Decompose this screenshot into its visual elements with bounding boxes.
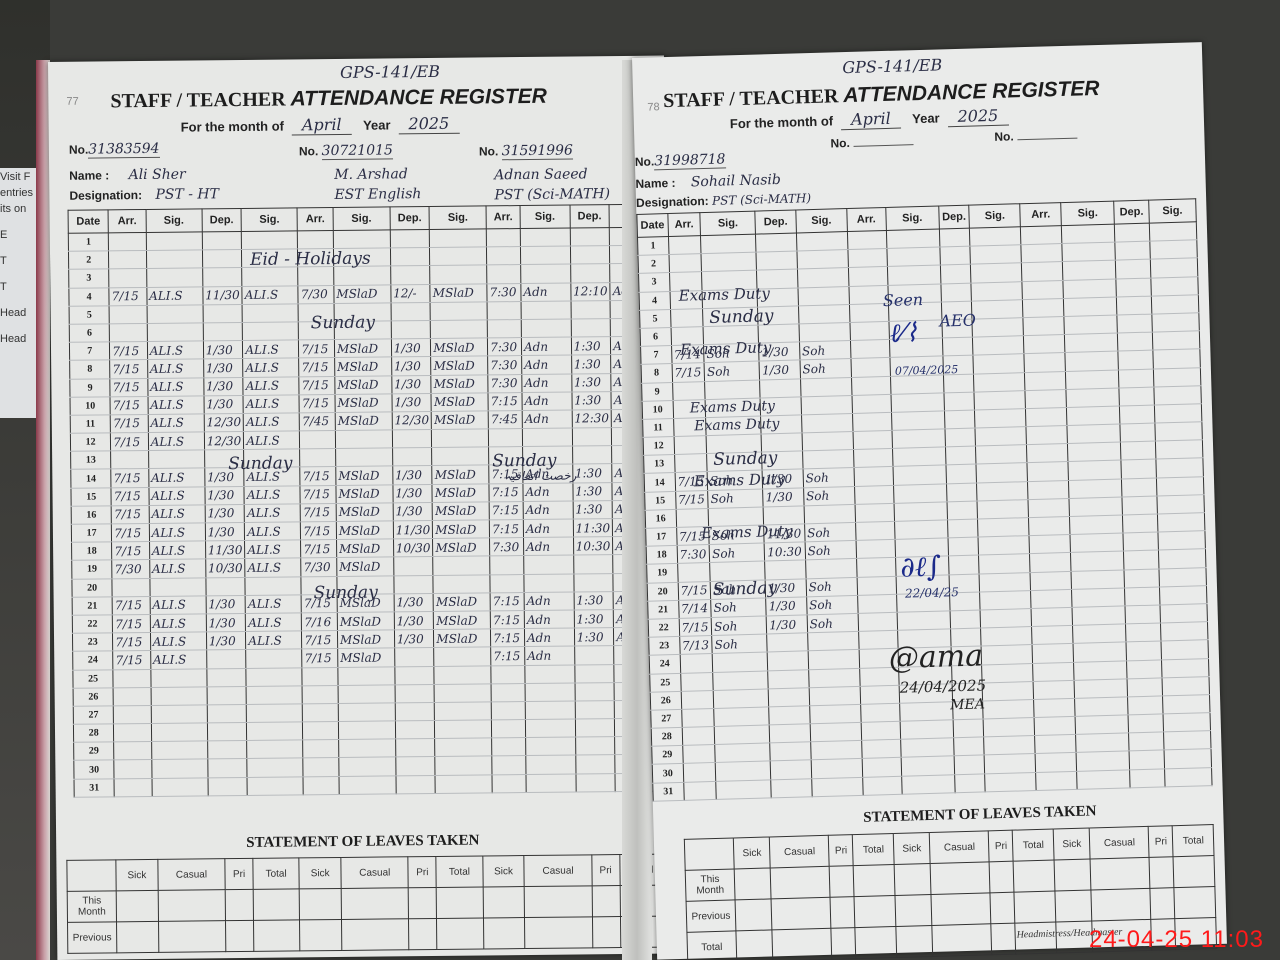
- entry-cell[interactable]: [146, 232, 202, 251]
- entry-cell[interactable]: ALI.S: [148, 414, 204, 433]
- entry-cell[interactable]: [1074, 679, 1128, 699]
- entry-cell[interactable]: [432, 429, 489, 448]
- entry-cell[interactable]: ALI.S: [149, 523, 205, 542]
- entry-cell[interactable]: 1:30: [574, 591, 614, 610]
- entry-cell[interactable]: [854, 467, 893, 486]
- entry-cell[interactable]: [861, 721, 900, 740]
- leave-cell[interactable]: [854, 864, 895, 896]
- entry-cell[interactable]: [983, 699, 1035, 719]
- entry-cell[interactable]: [682, 745, 715, 764]
- entry-cell[interactable]: [981, 645, 1033, 665]
- entry-cell[interactable]: MSlaD: [431, 338, 488, 357]
- entry-cell[interactable]: [151, 668, 207, 687]
- entry-cell[interactable]: [942, 337, 973, 356]
- entry-cell[interactable]: [860, 685, 899, 704]
- entry-cell[interactable]: [674, 436, 707, 455]
- entry-cell[interactable]: [984, 736, 1036, 756]
- entry-cell[interactable]: 7:30: [487, 283, 521, 302]
- entry-cell[interactable]: MSlaD: [431, 393, 488, 412]
- leave-cell[interactable]: [855, 926, 896, 958]
- entry-cell[interactable]: [575, 737, 615, 756]
- entry-cell[interactable]: MSlaD: [432, 411, 489, 430]
- entry-cell[interactable]: 1/30: [206, 613, 246, 632]
- entry-cell[interactable]: [1073, 624, 1127, 644]
- entry-cell[interactable]: 11/30: [203, 286, 243, 305]
- entry-cell[interactable]: [973, 354, 1025, 374]
- entry-cell[interactable]: [1074, 660, 1128, 680]
- entry-cell[interactable]: [390, 248, 430, 267]
- entry-cell[interactable]: [1064, 297, 1118, 317]
- entry-cell[interactable]: [486, 229, 520, 248]
- entry-cell[interactable]: [1023, 298, 1064, 317]
- entry-cell[interactable]: [339, 757, 396, 776]
- entry-cell[interactable]: [804, 504, 856, 524]
- entry-cell[interactable]: [520, 228, 570, 247]
- entry-cell[interactable]: [151, 759, 207, 778]
- entry-cell[interactable]: [1021, 226, 1062, 245]
- entry-cell[interactable]: [800, 377, 852, 397]
- entry-cell[interactable]: [811, 759, 863, 779]
- entry-cell[interactable]: [1029, 516, 1070, 535]
- entry-cell[interactable]: [338, 666, 395, 685]
- entry-cell[interactable]: ALI.S: [147, 359, 203, 378]
- entry-cell[interactable]: [1023, 316, 1064, 335]
- leave-cell[interactable]: [829, 866, 854, 898]
- leave-cell[interactable]: [1014, 860, 1055, 892]
- entry-cell[interactable]: [715, 743, 771, 763]
- entry-cell[interactable]: [976, 445, 1028, 465]
- leave-cell[interactable]: [772, 928, 832, 960]
- entry-cell[interactable]: [768, 651, 809, 670]
- entry-cell[interactable]: 7:15: [491, 647, 525, 666]
- entry-cell[interactable]: [672, 381, 705, 400]
- entry-cell[interactable]: [945, 428, 976, 447]
- entry-cell[interactable]: Soh: [807, 613, 859, 633]
- entry-cell[interactable]: [152, 777, 208, 796]
- entry-cell[interactable]: [705, 380, 761, 400]
- entry-cell[interactable]: [972, 318, 1024, 338]
- entry-cell[interactable]: 1/30: [393, 484, 433, 503]
- leave-cell[interactable]: [931, 893, 991, 926]
- entry-cell[interactable]: [954, 774, 985, 793]
- entry-cell[interactable]: MSlaD: [335, 375, 392, 394]
- entry-cell[interactable]: Adn: [521, 283, 571, 302]
- entry-cell[interactable]: MSlaD: [335, 357, 392, 376]
- entry-cell[interactable]: [487, 265, 521, 284]
- entry-cell[interactable]: [203, 304, 243, 323]
- entry-cell[interactable]: [855, 503, 894, 522]
- entry-cell[interactable]: 1:30: [574, 610, 614, 629]
- entry-cell[interactable]: [856, 540, 895, 559]
- entry-cell[interactable]: [526, 774, 576, 793]
- entry-cell[interactable]: [809, 686, 861, 706]
- entry-cell[interactable]: 7/15: [109, 287, 147, 306]
- entry-cell[interactable]: [1070, 515, 1124, 535]
- entry-cell[interactable]: [1031, 607, 1072, 626]
- entry-cell[interactable]: [701, 234, 757, 254]
- entry-cell[interactable]: Adn: [524, 610, 574, 629]
- entry-cell[interactable]: ALI.S: [149, 559, 205, 578]
- entry-cell[interactable]: [712, 652, 768, 672]
- entry-cell[interactable]: [799, 322, 851, 342]
- entry-cell[interactable]: [1024, 335, 1065, 354]
- entry-cell[interactable]: [524, 574, 574, 593]
- entry-cell[interactable]: [525, 719, 575, 738]
- entry-cell[interactable]: [1021, 244, 1062, 263]
- entry-cell[interactable]: [114, 778, 152, 797]
- entry-cell[interactable]: [1123, 532, 1158, 551]
- entry-cell[interactable]: [940, 246, 971, 265]
- entry-cell[interactable]: [303, 722, 339, 741]
- entry-cell[interactable]: [1022, 262, 1063, 281]
- entry-cell[interactable]: [146, 268, 202, 287]
- entry-cell[interactable]: 7:15: [490, 592, 524, 611]
- entry-cell[interactable]: 7/15: [301, 522, 337, 541]
- leave-cell[interactable]: [436, 887, 483, 918]
- entry-cell[interactable]: [953, 719, 984, 738]
- entry-cell[interactable]: ALI.S: [150, 614, 206, 633]
- leave-cell[interactable]: [1054, 859, 1091, 891]
- entry-cell[interactable]: [435, 738, 492, 757]
- entry-cell[interactable]: [335, 430, 392, 449]
- entry-cell[interactable]: 1:30: [574, 628, 614, 647]
- entry-cell[interactable]: Soh: [708, 489, 764, 509]
- entry-cell[interactable]: 7:45: [488, 410, 522, 429]
- year-value[interactable]: 2025: [947, 106, 1008, 128]
- entry-cell[interactable]: 7:15: [491, 629, 525, 648]
- entry-cell[interactable]: [976, 463, 1028, 483]
- entry-cell[interactable]: Soh: [804, 522, 856, 542]
- entry-cell[interactable]: 12/30: [204, 413, 244, 432]
- entry-cell[interactable]: [574, 646, 614, 665]
- entry-cell[interactable]: [433, 556, 490, 575]
- entry-cell[interactable]: 7:30: [488, 356, 522, 375]
- entry-cell[interactable]: [1155, 422, 1203, 441]
- entry-cell[interactable]: [109, 269, 147, 288]
- entry-cell[interactable]: Adn: [521, 337, 571, 356]
- entry-cell[interactable]: [1030, 553, 1071, 572]
- entry-cell[interactable]: 1/30: [763, 488, 804, 507]
- entry-cell[interactable]: [492, 756, 526, 775]
- entry-cell[interactable]: MSlaD: [434, 611, 491, 630]
- entry-cell[interactable]: 7/15: [299, 394, 335, 413]
- entry-cell[interactable]: [668, 236, 701, 255]
- leave-cell[interactable]: [253, 889, 300, 920]
- entry-cell[interactable]: [856, 558, 895, 577]
- entry-cell[interactable]: [395, 684, 435, 703]
- entry-cell[interactable]: [395, 721, 435, 740]
- entry-cell[interactable]: [487, 319, 521, 338]
- entry-cell[interactable]: [1034, 698, 1075, 717]
- entry-cell[interactable]: [575, 682, 615, 701]
- entry-cell[interactable]: [525, 701, 575, 720]
- entry-cell[interactable]: [1032, 644, 1073, 663]
- entry-cell[interactable]: [847, 230, 886, 249]
- entry-cell[interactable]: [768, 669, 809, 688]
- entry-cell[interactable]: ALI.S: [148, 432, 204, 451]
- leave-cell[interactable]: [483, 918, 525, 949]
- entry-cell[interactable]: [1066, 370, 1120, 390]
- entry-cell[interactable]: 7:15: [488, 392, 522, 411]
- entry-cell[interactable]: [110, 323, 148, 342]
- entry-cell[interactable]: [1063, 279, 1117, 299]
- entry-cell[interactable]: [1032, 626, 1073, 645]
- entry-cell[interactable]: [808, 650, 860, 670]
- entry-cell[interactable]: [680, 672, 713, 691]
- entry-cell[interactable]: Adn: [522, 355, 572, 374]
- entry-cell[interactable]: [526, 755, 576, 774]
- entry-cell[interactable]: [524, 555, 574, 574]
- entry-cell[interactable]: [796, 232, 848, 252]
- leave-cell[interactable]: [1174, 887, 1215, 919]
- entry-cell[interactable]: [767, 633, 808, 652]
- leave-cell[interactable]: [932, 924, 992, 957]
- entry-cell[interactable]: [430, 265, 487, 284]
- entry-cell[interactable]: 7:15: [489, 501, 523, 520]
- entry-cell[interactable]: [900, 738, 954, 758]
- entry-cell[interactable]: 7/15: [112, 523, 150, 542]
- entry-cell[interactable]: [491, 701, 525, 720]
- entry-cell[interactable]: [770, 742, 811, 761]
- leave-cell[interactable]: [342, 919, 410, 951]
- entry-cell[interactable]: [113, 687, 151, 706]
- leave-cell[interactable]: [1091, 888, 1151, 921]
- entry-cell[interactable]: [713, 670, 769, 690]
- entry-cell[interactable]: [760, 378, 801, 397]
- entry-cell[interactable]: 12/-: [391, 284, 431, 303]
- entry-cell[interactable]: [977, 481, 1029, 501]
- entry-cell[interactable]: 1/30: [766, 597, 807, 616]
- entry-cell[interactable]: [677, 563, 710, 582]
- entry-cell[interactable]: 7/15: [302, 631, 338, 650]
- entry-cell[interactable]: MSlaD: [335, 394, 392, 413]
- entry-cell[interactable]: [953, 737, 984, 756]
- entry-cell[interactable]: [1128, 714, 1163, 733]
- leave-cell[interactable]: [1150, 888, 1175, 920]
- entry-cell[interactable]: [431, 320, 488, 339]
- entry-cell[interactable]: [246, 649, 302, 668]
- entry-cell[interactable]: [1115, 223, 1150, 242]
- entry-cell[interactable]: [1152, 313, 1200, 332]
- entry-cell[interactable]: [114, 705, 152, 724]
- entry-cell[interactable]: MSlaD: [430, 283, 487, 302]
- entry-cell[interactable]: [433, 574, 490, 593]
- entry-cell[interactable]: [975, 409, 1027, 429]
- entry-cell[interactable]: [151, 705, 207, 724]
- entry-cell[interactable]: [572, 428, 612, 447]
- entry-cell[interactable]: MSlaD: [433, 520, 490, 539]
- entry-cell[interactable]: [1149, 222, 1197, 241]
- entry-cell[interactable]: [887, 247, 941, 267]
- entry-cell[interactable]: [1156, 458, 1204, 477]
- entry-cell[interactable]: [769, 687, 810, 706]
- entry-cell[interactable]: [771, 778, 812, 797]
- leave-cell[interactable]: [895, 894, 932, 926]
- leave-cell[interactable]: [158, 890, 226, 922]
- leave-cell[interactable]: [525, 886, 593, 918]
- entry-cell[interactable]: [246, 686, 302, 705]
- entry-cell[interactable]: ALI.S: [245, 540, 301, 559]
- entry-cell[interactable]: Adn: [524, 592, 574, 611]
- entry-cell[interactable]: Soh: [709, 543, 765, 563]
- entry-cell[interactable]: [243, 322, 299, 341]
- entry-cell[interactable]: [886, 229, 940, 249]
- entry-cell[interactable]: [1034, 716, 1075, 735]
- entry-cell[interactable]: 7/15: [299, 376, 335, 395]
- entry-cell[interactable]: [207, 723, 247, 742]
- entry-cell[interactable]: [1161, 640, 1209, 659]
- entry-cell[interactable]: [1162, 676, 1210, 695]
- entry-cell[interactable]: MSlaD: [334, 339, 391, 358]
- entry-cell[interactable]: [939, 228, 970, 247]
- entry-cell[interactable]: [1122, 496, 1157, 515]
- entry-cell[interactable]: [1126, 641, 1161, 660]
- entry-cell[interactable]: [109, 251, 147, 270]
- entry-cell[interactable]: [491, 665, 525, 684]
- entry-cell[interactable]: [1118, 332, 1153, 351]
- entry-cell[interactable]: [109, 232, 147, 251]
- entry-cell[interactable]: [1122, 478, 1157, 497]
- leave-cell[interactable]: [437, 918, 484, 949]
- entry-cell[interactable]: [1071, 551, 1125, 571]
- entry-cell[interactable]: [810, 741, 862, 761]
- entry-cell[interactable]: [1027, 462, 1068, 481]
- entry-cell[interactable]: [246, 667, 302, 686]
- entry-cell[interactable]: [1025, 389, 1066, 408]
- entry-cell[interactable]: 1:30: [571, 355, 611, 374]
- entry-cell[interactable]: [492, 738, 526, 757]
- entry-cell[interactable]: 1/30: [206, 595, 246, 614]
- entry-cell[interactable]: [1151, 276, 1199, 295]
- entry-cell[interactable]: [972, 299, 1024, 319]
- entry-cell[interactable]: ALI.S: [245, 558, 301, 577]
- entry-cell[interactable]: [980, 609, 1032, 629]
- entry-cell[interactable]: [147, 305, 203, 324]
- entry-cell[interactable]: [858, 612, 897, 631]
- entry-cell[interactable]: 1:30: [571, 373, 611, 392]
- entry-cell[interactable]: [1158, 531, 1206, 550]
- entry-cell[interactable]: [948, 555, 979, 574]
- entry-cell[interactable]: [247, 740, 303, 759]
- entry-cell[interactable]: [435, 775, 492, 794]
- entry-cell[interactable]: [570, 246, 610, 265]
- entry-cell[interactable]: [300, 449, 336, 468]
- entry-cell[interactable]: [854, 485, 893, 504]
- entry-cell[interactable]: ALI.S: [243, 358, 299, 377]
- entry-cell[interactable]: 7/15: [299, 340, 335, 359]
- entry-cell[interactable]: [857, 576, 896, 595]
- entry-cell[interactable]: Adn: [522, 374, 572, 393]
- leave-cell[interactable]: [831, 928, 856, 960]
- leave-cell[interactable]: [525, 917, 593, 949]
- entry-cell[interactable]: ALI.S: [243, 376, 299, 395]
- entry-cell[interactable]: 1/30: [391, 339, 431, 358]
- entry-cell[interactable]: MSlaD: [432, 465, 489, 484]
- entry-cell[interactable]: [300, 431, 336, 450]
- entry-cell[interactable]: ALI.S: [243, 340, 299, 359]
- entry-cell[interactable]: [848, 267, 887, 286]
- entry-cell[interactable]: 7:15: [489, 483, 523, 502]
- entry-cell[interactable]: Adn: [525, 646, 575, 665]
- entry-cell[interactable]: [148, 450, 204, 469]
- leave-cell[interactable]: [734, 868, 771, 900]
- entry-cell[interactable]: [769, 706, 810, 725]
- entry-cell[interactable]: MSlaD: [433, 593, 490, 612]
- entry-cell[interactable]: [576, 773, 616, 792]
- leave-cell[interactable]: [736, 930, 773, 960]
- entry-cell[interactable]: [1117, 296, 1152, 315]
- entry-cell[interactable]: [1157, 495, 1205, 514]
- entry-cell[interactable]: [1024, 353, 1065, 372]
- entry-cell[interactable]: [1035, 735, 1076, 754]
- entry-cell[interactable]: 11:30: [573, 519, 613, 538]
- entry-cell[interactable]: 1:30: [571, 337, 611, 356]
- entry-cell[interactable]: 7/15: [300, 467, 336, 486]
- entry-cell[interactable]: 1:30: [573, 500, 613, 519]
- entry-cell[interactable]: [395, 702, 435, 721]
- entry-cell[interactable]: 1/30: [206, 632, 246, 651]
- entry-cell[interactable]: MSlaD: [433, 538, 490, 557]
- entry-cell[interactable]: [979, 554, 1031, 574]
- entry-cell[interactable]: [1029, 535, 1070, 554]
- entry-cell[interactable]: [1072, 606, 1126, 626]
- entry-cell[interactable]: [490, 574, 524, 593]
- entry-cell[interactable]: [147, 323, 203, 342]
- entry-cell[interactable]: [714, 725, 770, 745]
- entry-cell[interactable]: [901, 774, 955, 794]
- entry-cell[interactable]: MSlaD: [336, 466, 393, 485]
- entry-cell[interactable]: 7/15: [113, 651, 151, 670]
- entry-cell[interactable]: [771, 760, 812, 779]
- entry-cell[interactable]: [247, 704, 303, 723]
- entry-cell[interactable]: [206, 577, 246, 596]
- entry-cell[interactable]: 7/15: [110, 396, 148, 415]
- entry-cell[interactable]: [1033, 662, 1074, 681]
- entry-cell[interactable]: 7/15: [110, 378, 148, 397]
- entry-cell[interactable]: 7:15: [489, 520, 523, 539]
- entry-cell[interactable]: [575, 719, 615, 738]
- entry-cell[interactable]: [1117, 314, 1152, 333]
- entry-cell[interactable]: [850, 340, 889, 359]
- entry-cell[interactable]: Soh: [712, 634, 768, 654]
- entry-cell[interactable]: [112, 578, 150, 597]
- entry-cell[interactable]: [979, 572, 1031, 592]
- entry-cell[interactable]: [1116, 278, 1151, 297]
- entry-cell[interactable]: [390, 266, 430, 285]
- entry-cell[interactable]: [390, 230, 430, 249]
- entry-cell[interactable]: [848, 249, 887, 268]
- entry-cell[interactable]: [970, 227, 1022, 247]
- entry-cell[interactable]: [391, 320, 431, 339]
- entry-cell[interactable]: [1164, 749, 1212, 768]
- entry-cell[interactable]: 7/15: [301, 540, 337, 559]
- entry-cell[interactable]: [247, 758, 303, 777]
- entry-cell[interactable]: [1033, 680, 1074, 699]
- entry-cell[interactable]: Soh: [711, 616, 767, 636]
- entry-cell[interactable]: [1025, 371, 1066, 390]
- entry-cell[interactable]: [852, 412, 891, 431]
- entry-cell[interactable]: Soh: [806, 595, 858, 615]
- entry-cell[interactable]: ALI.S: [147, 377, 203, 396]
- entry-cell[interactable]: [1119, 387, 1154, 406]
- entry-cell[interactable]: [797, 250, 849, 270]
- entry-cell[interactable]: [1153, 367, 1201, 386]
- entry-cell[interactable]: [207, 686, 247, 705]
- entry-cell[interactable]: 1/30: [393, 502, 433, 521]
- entry-cell[interactable]: 7/15: [112, 542, 150, 561]
- leave-cell[interactable]: [1173, 856, 1214, 888]
- entry-cell[interactable]: [1124, 569, 1159, 588]
